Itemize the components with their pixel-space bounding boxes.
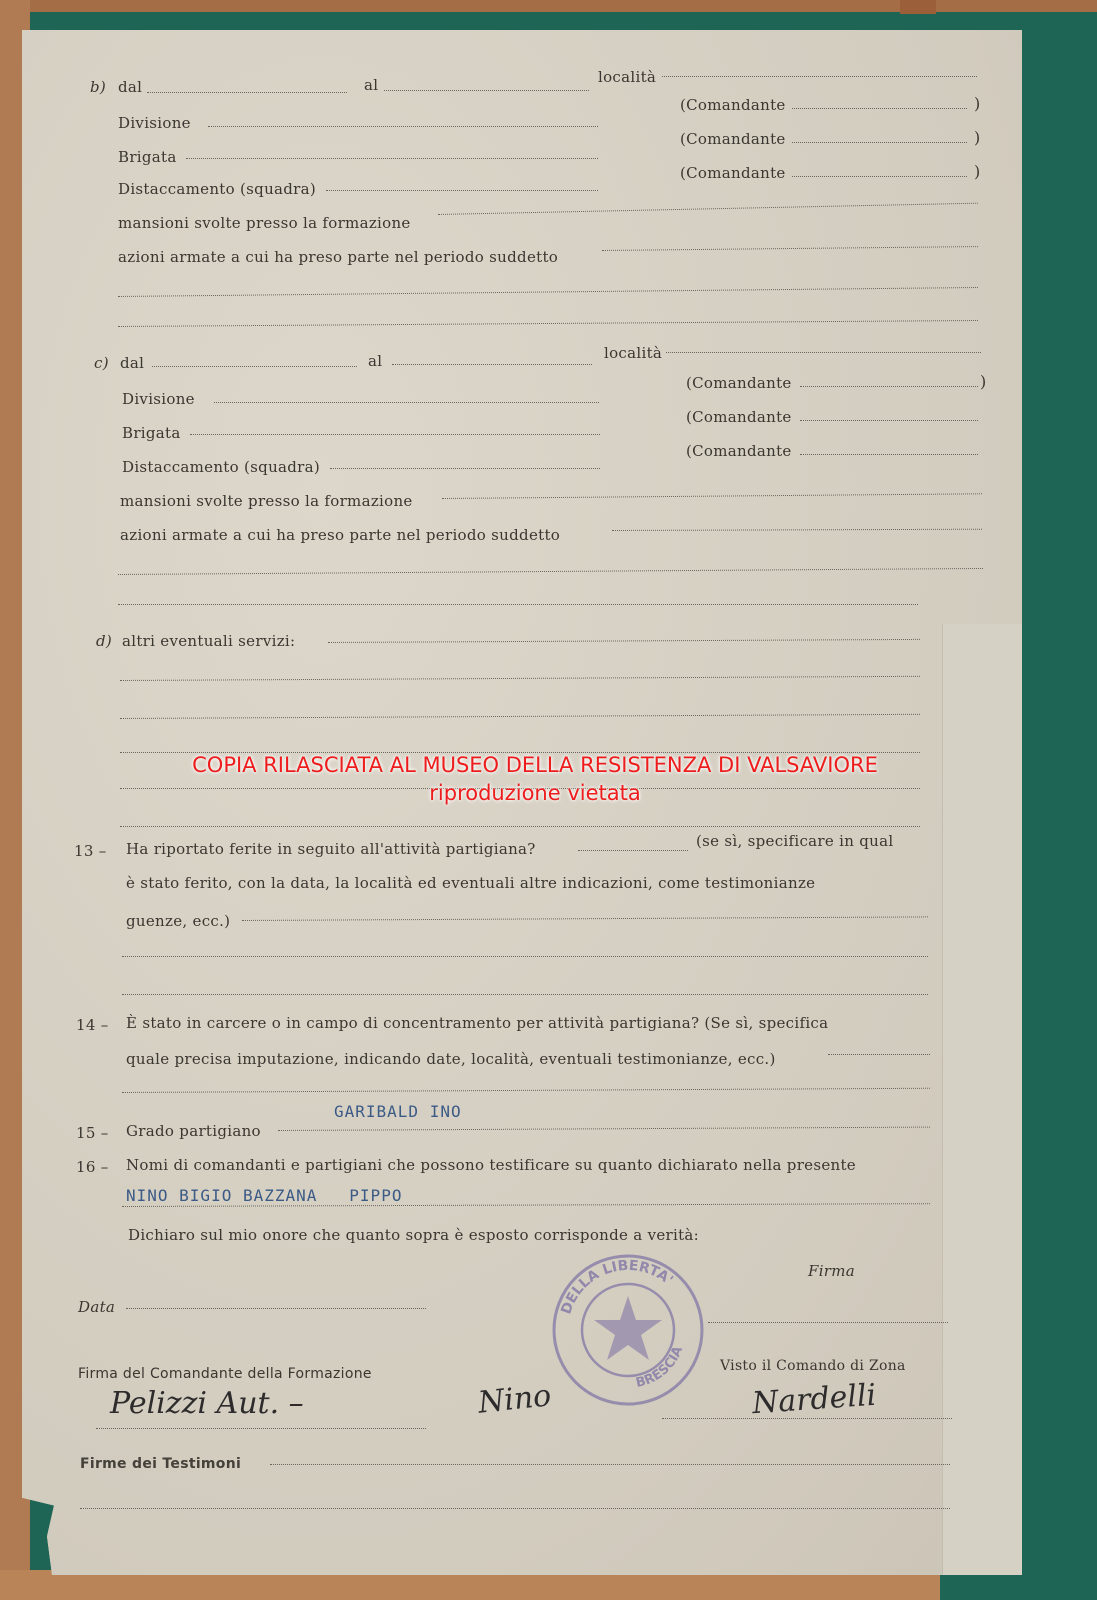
- section-c-divisione-field[interactable]: [214, 402, 599, 403]
- q13-line3: guenze, ecc.): [126, 912, 230, 930]
- q14-question: È stato in carcere o in campo di concent…: [126, 1014, 828, 1032]
- section-b-marker: b): [90, 78, 106, 96]
- section-c-azioni-label: azioni armate a cui ha preso parte nel p…: [120, 526, 560, 544]
- q16-label: Nomi di comandanti e partigiani che poss…: [126, 1156, 856, 1174]
- section-b-comandante-1-label: (Comandante: [680, 96, 786, 114]
- close-paren: ): [974, 94, 980, 113]
- firma-label: Firma: [808, 1262, 855, 1280]
- section-c-azioni-field-3[interactable]: [118, 604, 918, 605]
- section-d-field-3[interactable]: [120, 714, 920, 719]
- data-field[interactable]: [126, 1308, 426, 1309]
- commander-signature-label: Firma del Comandante della Formazione: [78, 1366, 372, 1382]
- section-c-azioni-field-2[interactable]: [118, 568, 983, 575]
- stamp-icon: DELLA LIBERTA' BRESCIA: [548, 1250, 708, 1410]
- section-c-localita-label: località: [604, 344, 662, 362]
- q15-number: 15 –: [76, 1124, 109, 1142]
- wood-block: [900, 0, 936, 14]
- commander-signature-field[interactable]: [96, 1428, 426, 1429]
- close-paren: ): [974, 162, 980, 181]
- section-b-dal-label: dal: [118, 78, 142, 96]
- witnesses-label: Firme dei Testimoni: [80, 1456, 241, 1472]
- section-b-al-label: al: [364, 76, 378, 94]
- witnesses-field[interactable]: [270, 1464, 950, 1465]
- commander-signature: Pelizzi Aut. –: [110, 1386, 304, 1421]
- section-c-comandante-2-label: (Comandante: [686, 408, 792, 426]
- section-c-marker: c): [94, 354, 109, 372]
- section-d-field[interactable]: [328, 639, 920, 643]
- section-c-al-field[interactable]: [392, 364, 592, 365]
- section-b-distaccamento-field[interactable]: [326, 190, 598, 191]
- section-c-distaccamento-field[interactable]: [330, 468, 600, 469]
- q13-line2: è stato ferito, con la data, la località…: [126, 874, 815, 892]
- section-c-comandante-1-field[interactable]: [800, 386, 978, 387]
- section-c-mansioni-field[interactable]: [442, 493, 982, 499]
- close-paren: ): [974, 128, 980, 147]
- q14-line2: quale precisa imputazione, indicando dat…: [126, 1050, 776, 1068]
- section-c-comandante-1-label: (Comandante: [686, 374, 792, 392]
- second-signature: Nino: [476, 1378, 552, 1420]
- q14-field[interactable]: [828, 1054, 930, 1055]
- watermark-line2: riproduzione vietata: [150, 781, 920, 805]
- close-paren: ): [980, 372, 986, 391]
- paper-fold: [942, 624, 1043, 1584]
- q14-number: 14 –: [76, 1016, 109, 1034]
- section-c-dal-label: dal: [120, 354, 144, 372]
- section-b-azioni-field[interactable]: [602, 246, 978, 251]
- section-b-azioni-field-2[interactable]: [118, 287, 978, 297]
- declaration-text: Dichiaro sul mio onore che quanto sopra …: [128, 1226, 699, 1244]
- q13-number: 13 –: [74, 842, 107, 860]
- section-c-divisione-label: Divisione: [122, 390, 195, 408]
- firma-field[interactable]: [708, 1322, 948, 1323]
- q13-field[interactable]: [242, 916, 928, 921]
- q14-field-2[interactable]: [122, 1088, 930, 1093]
- q13-answer-field[interactable]: [578, 850, 688, 851]
- section-c-comandante-3-field[interactable]: [800, 454, 978, 455]
- section-c-dal-field[interactable]: [152, 366, 357, 367]
- section-b-divisione-label: Divisione: [118, 114, 191, 132]
- svg-text:DELLA LIBERTA': DELLA LIBERTA': [558, 1258, 676, 1317]
- watermark-line1: COPIA RILASCIATA AL MUSEO DELLA RESISTEN…: [150, 753, 920, 777]
- section-c-distaccamento-label: Distaccamento (squadra): [122, 458, 320, 476]
- section-b-azioni-field-3[interactable]: [118, 320, 978, 327]
- section-b-comandante-3-label: (Comandante: [680, 164, 786, 182]
- section-c-localita-field[interactable]: [666, 352, 981, 353]
- section-b-distaccamento-label: Distaccamento (squadra): [118, 180, 316, 198]
- section-d-field-2[interactable]: [120, 676, 920, 681]
- section-b-divisione-field[interactable]: [208, 126, 598, 127]
- section-d-label: altri eventuali servizi:: [122, 632, 295, 650]
- q13-field-3[interactable]: [122, 994, 928, 995]
- zone-signature-field[interactable]: [662, 1418, 952, 1419]
- q13-question: Ha riportato ferite in seguito all'attiv…: [126, 840, 536, 858]
- q15-typed-value[interactable]: GARIBALD INO: [334, 1102, 462, 1121]
- section-b-comandante-2-label: (Comandante: [680, 130, 786, 148]
- zone-signature: Nardelli: [751, 1378, 877, 1422]
- section-c-brigata-label: Brigata: [122, 424, 181, 442]
- section-b-brigata-field[interactable]: [186, 158, 598, 159]
- q15-field[interactable]: [278, 1127, 930, 1131]
- section-b-azioni-label: azioni armate a cui ha preso parte nel p…: [118, 248, 558, 266]
- section-c-comandante-2-field[interactable]: [800, 420, 978, 421]
- section-c-comandante-3-label: (Comandante: [686, 442, 792, 460]
- section-b-comandante-3-field[interactable]: [792, 176, 967, 177]
- section-b-localita-field[interactable]: [662, 76, 977, 77]
- q16-typed-value[interactable]: NINO BIGIO BAZZANA PIPPO: [126, 1186, 402, 1205]
- q13-field-2[interactable]: [122, 956, 928, 957]
- q15-label: Grado partigiano: [126, 1122, 261, 1140]
- q13-question-cont: (se sì, specificare in qual: [696, 832, 893, 850]
- section-d-field-6[interactable]: [120, 826, 920, 827]
- section-b-comandante-2-field[interactable]: [792, 142, 967, 143]
- q16-number: 16 –: [76, 1158, 109, 1176]
- section-b-mansioni-field[interactable]: [438, 203, 978, 215]
- section-b-dal-field[interactable]: [147, 92, 347, 93]
- section-b-al-field[interactable]: [384, 90, 589, 91]
- zone-command-label: Visto il Comando di Zona: [720, 1358, 906, 1374]
- section-b-brigata-label: Brigata: [118, 148, 177, 166]
- section-b-mansioni-label: mansioni svolte presso la formazione: [118, 214, 411, 232]
- data-label: Data: [78, 1298, 115, 1316]
- section-c-azioni-field[interactable]: [612, 529, 982, 531]
- section-d-marker: d): [96, 632, 112, 650]
- section-c-brigata-field[interactable]: [190, 434, 600, 435]
- witnesses-field-2[interactable]: [80, 1508, 950, 1509]
- section-b-localita-label: località: [598, 68, 656, 86]
- section-b-comandante-1-field[interactable]: [792, 108, 967, 109]
- section-c-mansioni-label: mansioni svolte presso la formazione: [120, 492, 413, 510]
- section-c-al-label: al: [368, 352, 382, 370]
